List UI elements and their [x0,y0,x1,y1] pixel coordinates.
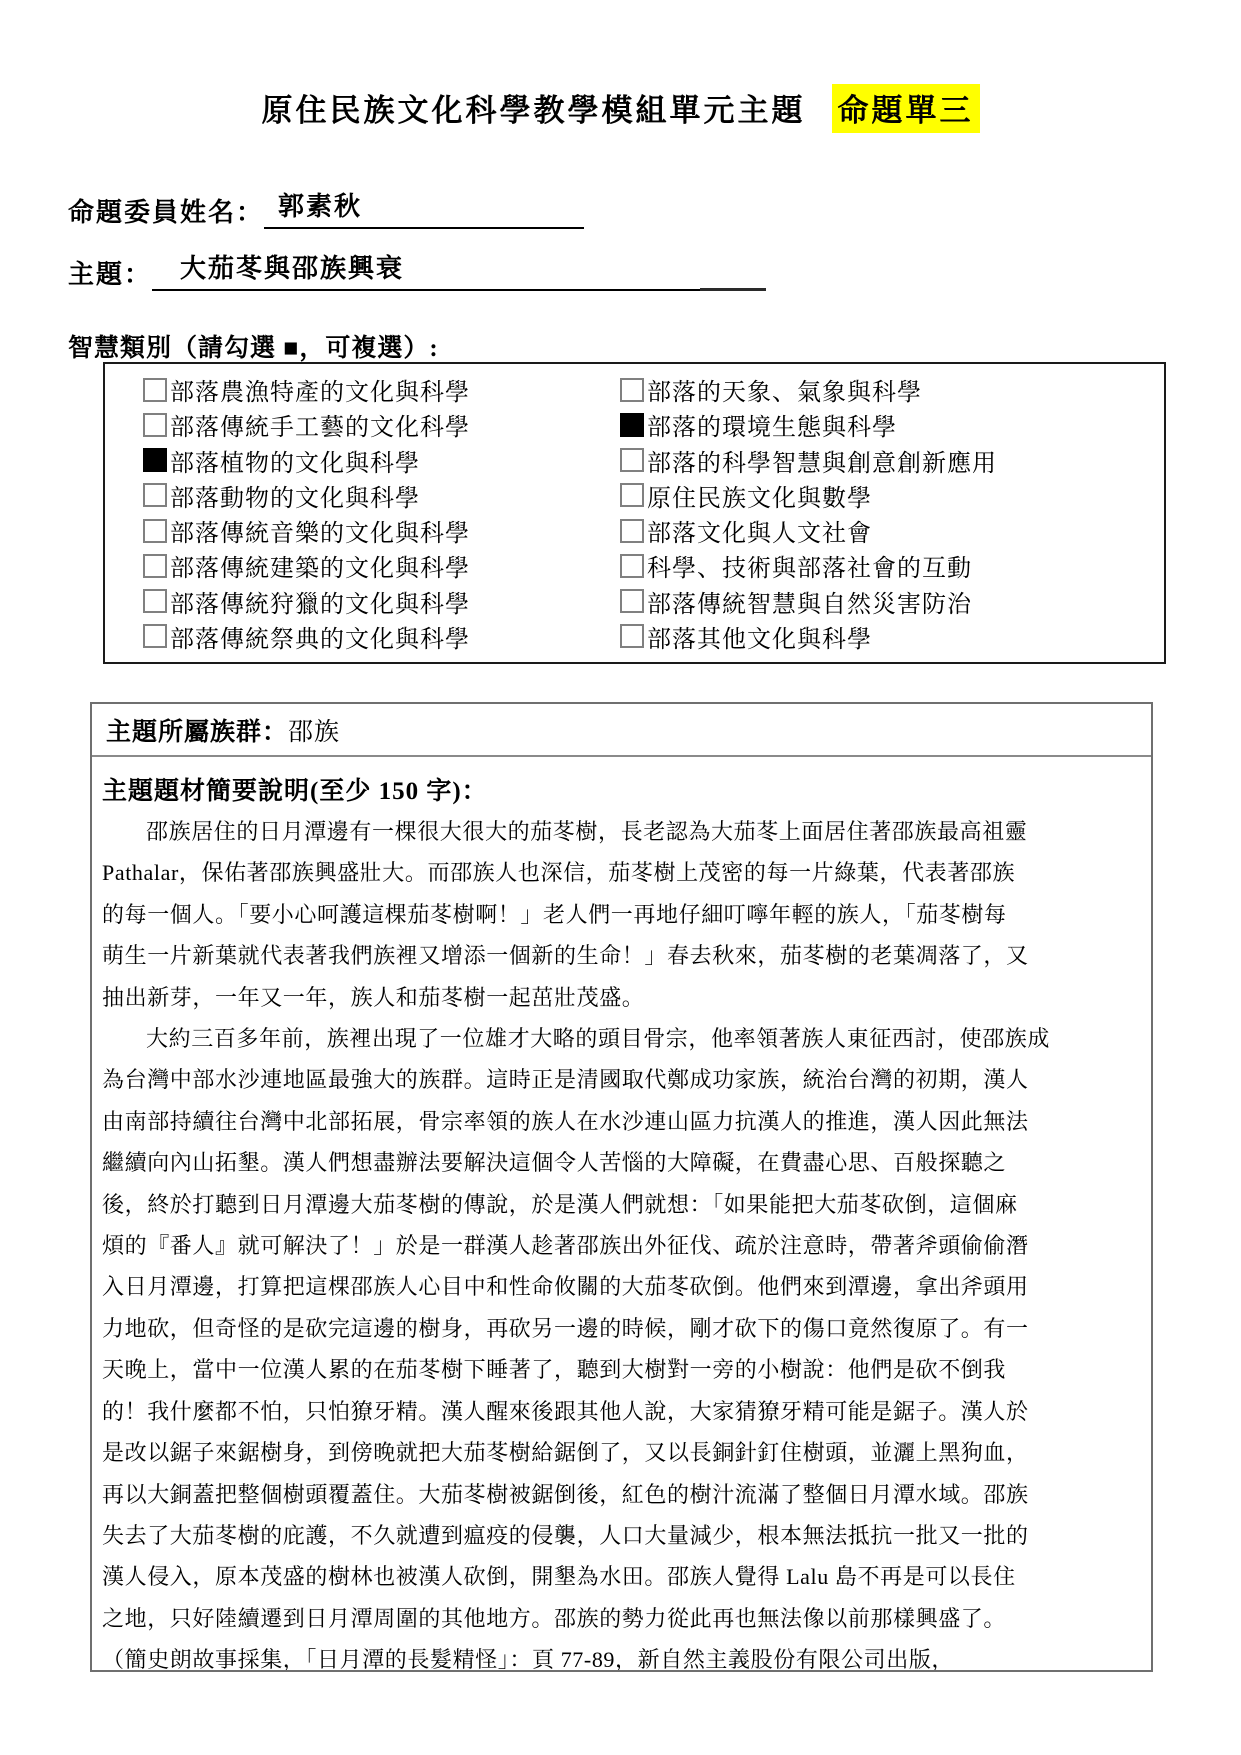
category-item: 部落傳統智慧與自然災害防治 [620,584,1164,619]
category-item-label: 科學、技術與部落社會的互動 [647,548,972,583]
category-item-label: 部落的天象、氣象與科學 [647,372,922,407]
body-text-line: 為台灣中部水沙連地區最強大的族群。這時正是清國取代鄭成功家族，統治台灣的初期，漢… [102,1059,1143,1100]
checkbox-empty-icon [620,519,644,543]
topic-value: 大茄苳與邵族興衰 [152,252,732,291]
checkbox-empty-icon [143,413,167,437]
category-item: 科學、技術與部落社會的互動 [620,548,1164,583]
body-text-line: 由南部持續往台灣中北部拓展，骨宗率領的族人在水沙連山區力抗漢人的推進，漢人因此無… [102,1101,1143,1142]
body-text-line: Pathalar，保佑著邵族興盛壯大。而邵族人也深信，茄苳樹上茂密的每一片綠葉，… [102,852,1143,893]
committee-name-label: 命題委員姓名： [68,192,264,229]
category-item-label: 部落傳統狩獵的文化與科學 [170,584,470,619]
body-text-line: 是改以鋸子來鋸樹身，到傍晚就把大茄苳樹給鋸倒了，又以長銅針釘住樹頭，並灑上黑狗血… [102,1432,1143,1473]
body-text-line: 抽出新芽，一年又一年，族人和茄苳樹一起茁壯茂盛。 [102,977,1143,1018]
checkbox-checked-icon [620,413,644,437]
committee-name-value: 郭素秋 [264,190,584,229]
body-text-line: 力地砍，但奇怪的是砍完這邊的樹身，再砍另一邊的時候，剛才砍下的傷口竟然復原了。有… [102,1308,1143,1349]
category-item: 部落植物的文化與科學 [143,443,620,478]
body-text-line: （簡史朗故事採集，「日月潭的長髮精怪」：頁 77-89，新自然主義股份有限公司出… [102,1639,1143,1672]
page-title: 原住民族文化科學教學模組單元主題命題單三 [0,84,1241,133]
category-item-label: 部落傳統音樂的文化與科學 [170,513,470,548]
body-text-line: 大約三百多年前，族裡出現了一位雄才大略的頭目骨宗，他率領著族人東征西討，使邵族成 [102,1018,1143,1059]
category-item-label: 部落其他文化與科學 [647,619,872,654]
category-item: 部落傳統音樂的文化與科學 [143,513,620,548]
checkbox-empty-icon [143,624,167,648]
category-item: 部落傳統建築的文化與科學 [143,548,620,583]
category-item: 原住民族文化與數學 [620,478,1164,513]
checkbox-empty-icon [143,483,167,507]
category-item: 部落其他文化與科學 [620,619,1164,654]
body-text-line: 之地，只好陸續遷到日月潭周圍的其他地方。邵族的勢力從此再也無法像以前那樣興盛了。 [102,1598,1143,1639]
checkbox-checked-icon [143,448,167,472]
category-item: 部落的環境生態與科學 [620,407,1164,442]
category-column-left: 部落農漁特產的文化與科學部落傳統手工藝的文化科學部落植物的文化與科學部落動物的文… [105,364,620,662]
topic-row: 主題：大茄苳與邵族興衰 [68,252,732,291]
body-text-line: 漢人侵入，原本茂盛的樹林也被漢人砍倒，開墾為水田。邵族人覺得 Lalu 島不再是… [102,1556,1143,1597]
description-label: 主題題材簡要說明(至少 150 字)： [102,771,1143,807]
checkbox-empty-icon [620,624,644,648]
topic-detail-table: 主題所屬族群：邵族 主題題材簡要說明(至少 150 字)： 邵族居住的日月潭邊有… [90,702,1153,1672]
document-page: 原住民族文化科學教學模組單元主題命題單三 命題委員姓名：郭素秋 主題：大茄苳與邵… [0,0,1241,1755]
topic-underscore-mark [700,288,766,291]
category-item-label: 部落植物的文化與科學 [170,443,420,478]
category-item-label: 部落傳統建築的文化與科學 [170,548,470,583]
category-column-right: 部落的天象、氣象與科學部落的環境生態與科學部落的科學智慧與創意創新應用原住民族文… [620,364,1164,662]
category-item-label: 部落農漁特產的文化與科學 [170,372,470,407]
ethnic-group-label: 主題所屬族群： [106,712,288,748]
checkbox-empty-icon [143,378,167,402]
checkbox-empty-icon [143,589,167,613]
body-text-line: 邵族居住的日月潭邊有一棵很大很大的茄苳樹，長老認為大茄苳上面居住著邵族最高祖靈 [102,811,1143,852]
category-checkbox-table: 部落農漁特產的文化與科學部落傳統手工藝的文化科學部落植物的文化與科學部落動物的文… [103,362,1166,664]
committee-name-row: 命題委員姓名：郭素秋 [68,190,584,229]
body-text-line: 入日月潭邊，打算把這棵邵族人心目中和性命攸關的大茄苳砍倒。他們來到潭邊，拿出斧頭… [102,1266,1143,1307]
body-text-line: 煩的『番人』就可解決了！」於是一群漢人趁著邵族出外征伐、疏於注意時，帶著斧頭偷偷… [102,1225,1143,1266]
checkbox-empty-icon [620,448,644,472]
description-area: 主題題材簡要說明(至少 150 字)： 邵族居住的日月潭邊有一棵很大很大的茄苳樹… [92,757,1151,1672]
body-text-line: 繼續向內山拓墾。漢人們想盡辦法要解決這個令人苦惱的大障礙，在費盡心思、百般探聽之 [102,1142,1143,1183]
body-text-line: 的！我什麼都不怕，只怕獠牙精。漢人醒來後跟其他人說，大家猜獠牙精可能是鋸子。漢人… [102,1391,1143,1432]
category-item-label: 部落文化與人文社會 [647,513,872,548]
body-text-line: 的每一個人。「要小心呵護這棵茄苳樹啊！」老人們一再地仔細叮嚀年輕的族人，「茄苳樹… [102,894,1143,935]
category-item: 部落傳統手工藝的文化科學 [143,407,620,442]
category-item: 部落農漁特產的文化與科學 [143,372,620,407]
category-item-label: 部落傳統手工藝的文化科學 [170,407,470,442]
checkbox-empty-icon [620,483,644,507]
body-text-line: 後，終於打聽到日月潭邊大茄苳樹的傳說，於是漢人們就想：「如果能把大茄苳砍倒，這個… [102,1184,1143,1225]
category-item: 部落的天象、氣象與科學 [620,372,1164,407]
description-body: 邵族居住的日月潭邊有一棵很大很大的茄苳樹，長老認為大茄苳上面居住著邵族最高祖靈P… [102,811,1143,1672]
checkbox-empty-icon [620,378,644,402]
body-text-line: 再以大銅蓋把整個樹頭覆蓋住。大茄苳樹被鋸倒後，紅色的樹汁流滿了整個日月潭水域。邵… [102,1474,1143,1515]
category-item: 部落動物的文化與科學 [143,478,620,513]
category-item-label: 部落的科學智慧與創意創新應用 [647,443,997,478]
body-text-line: 失去了大茄苳樹的庇護，不久就遭到瘟疫的侵襲，人口大量減少，根本無法抵抗一批又一批… [102,1515,1143,1556]
ethnic-group-value: 邵族 [288,712,340,748]
topic-label: 主題： [68,254,152,291]
category-item-label: 部落動物的文化與科學 [170,478,420,513]
title-highlight-badge: 命題單三 [832,84,980,133]
category-item: 部落傳統狩獵的文化與科學 [143,584,620,619]
category-section-heading: 智慧類別（請勾選 ■，可複選）: [68,328,439,364]
category-item-label: 部落傳統智慧與自然災害防治 [647,584,972,619]
page-title-text: 原住民族文化科學教學模組單元主題 [262,85,806,130]
category-item: 部落的科學智慧與創意創新應用 [620,443,1164,478]
body-text-line: 天晚上，當中一位漢人累的在茄苳樹下睡著了，聽到大樹對一旁的小樹說：他們是砍不倒我 [102,1349,1143,1390]
body-text-line: 萌生一片新葉就代表著我們族裡又增添一個新的生命！」春去秋來，茄苳樹的老葉凋落了，… [102,935,1143,976]
category-item: 部落傳統祭典的文化與科學 [143,619,620,654]
checkbox-empty-icon [620,589,644,613]
checkbox-empty-icon [143,519,167,543]
category-item: 部落文化與人文社會 [620,513,1164,548]
checkbox-empty-icon [143,554,167,578]
category-item-label: 部落傳統祭典的文化與科學 [170,619,470,654]
checkbox-empty-icon [620,554,644,578]
category-item-label: 部落的環境生態與科學 [647,407,897,442]
ethnic-group-row: 主題所屬族群：邵族 [92,704,1151,757]
category-item-label: 原住民族文化與數學 [647,478,872,513]
